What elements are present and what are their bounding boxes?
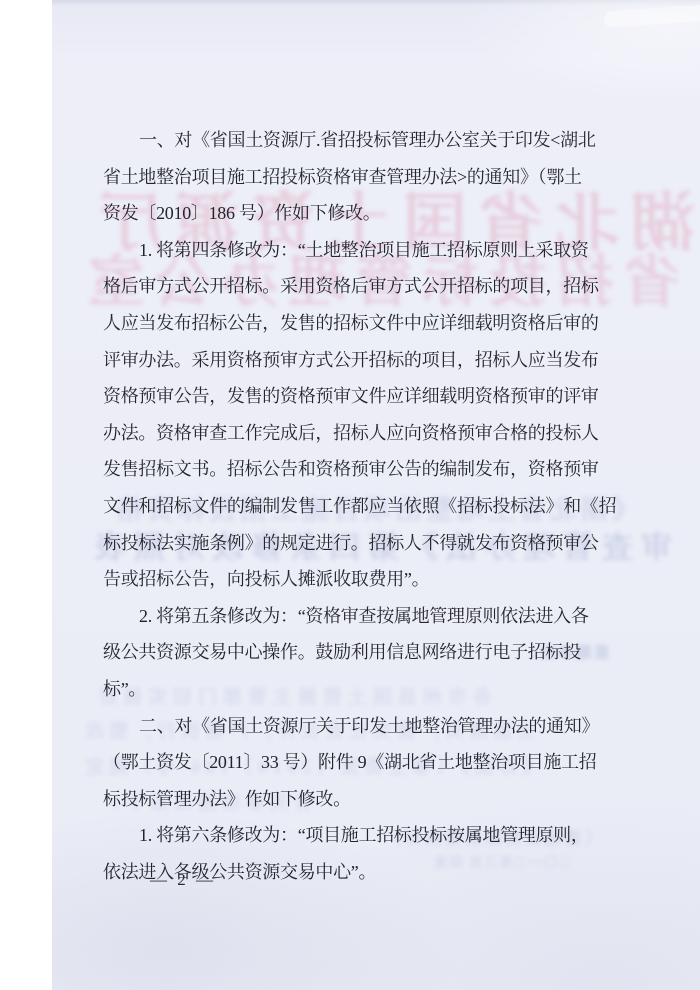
document-body: 一、对《省国土资源厅.省招投标管理办公室关于印发<湖北 省土地整治项目施工招投标… (103, 122, 605, 890)
document-line: 一、对《省国土资源厅.省招投标管理办公室关于印发<湖北 (103, 122, 605, 159)
document-line: 2. 将第五条修改为：“资格审查按属地管理原则依法进入各 (103, 598, 605, 635)
document-line: 级公共资源交易中心操作。鼓励利用信息网络进行电子招标投 (103, 634, 605, 671)
scan-glare (604, 4, 700, 28)
document-line: 办法。资格审查工作完成后，招标人应向资格预审合格的投标人 (103, 415, 605, 452)
document-line: 标”。 (103, 671, 605, 708)
document-line: （鄂土资发〔2011〕33 号）附件 9《湖北省土地整治项目施工招 (103, 744, 605, 781)
document-line: 告或招标公告，向投标人摊派收取费用”。 (103, 561, 605, 598)
document-line: 评审办法。采用资格预审方式公开招标的项目，招标人应当发布 (103, 342, 605, 379)
document-line: 标投标管理办法》作如下修改。 (103, 781, 605, 818)
document-line: 1. 将第六条修改为：“项目施工招标投标按属地管理原则， (103, 817, 605, 854)
document-line: 资发〔2010〕186 号）作如下修改。 (103, 195, 605, 232)
document-line: 资格预审公告，发售的资格预审文件应详细载明资格预审的评审 (103, 378, 605, 415)
document-line: 格后审方式公开招标。采用资格后审方式公开招标的项目，招标 (103, 268, 605, 305)
document-line: 二、对《省国土资源厅关于印发土地整治管理办法的通知》 (103, 708, 605, 745)
page-number: — 2 — (150, 870, 216, 890)
document-line: 省土地整治项目施工招投标资格审查管理办法>的通知》（鄂土 (103, 159, 605, 196)
document-line: 文件和招标文件的编制发售工作都应当依照《招标投标法》和《招 (103, 488, 605, 525)
document-line: 1. 将第四条修改为：“土地整治项目施工招标原则上采取资 (103, 232, 605, 269)
document-line: 人应当发布招标公告，发售的招标文件中应详细载明资格后审的 (103, 305, 605, 342)
document-line: 发售招标文书。招标公告和资格预审公告的编制发布，资格预审 (103, 451, 605, 488)
scanned-document-page: 湖北省国土资源厅 省招投标管理办公室 《湖北省土地整治项目施工招投标资格 审查管… (52, 0, 700, 990)
document-line: 标投标法实施条例》的规定进行。招标人不得就发布资格预审公 (103, 525, 605, 562)
